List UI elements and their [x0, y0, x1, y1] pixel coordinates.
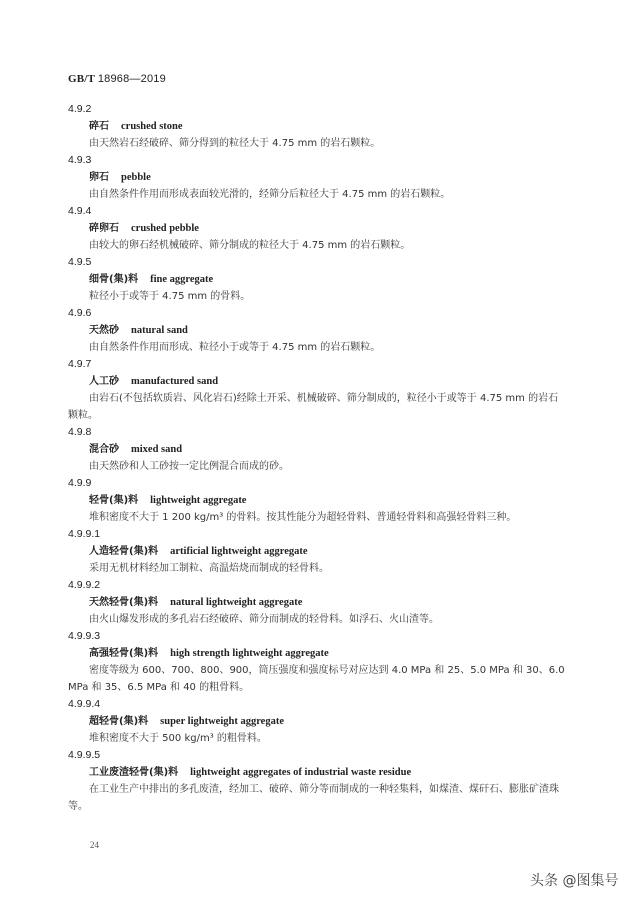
term-zh: 天然轻骨(集)料 — [89, 597, 158, 608]
section-number: 4.9.9.4 — [68, 696, 568, 713]
section-number: 4.9.9.3 — [68, 628, 568, 645]
section-number: 4.9.2 — [68, 101, 568, 118]
term-definition: 粒径小于或等于 4.75 mm 的骨料。 — [68, 288, 568, 305]
term-en: natural lightweight aggregate — [170, 597, 302, 608]
term-en: natural sand — [131, 325, 188, 336]
term-definition: 由火山爆发形成的多孔岩石经破碎、筛分而制成的轻骨料。如浮石、火山渣等。 — [68, 611, 568, 628]
term-entry: 4.9.8 混合砂mixed sand 由天然砂和人工砂按一定比例混合而成的砂。 — [68, 424, 568, 475]
term-en: pebble — [121, 172, 151, 183]
term-definition: 由天然岩石经破碎、筛分得到的粒径大于 4.75 mm 的岩石颗粒。 — [68, 135, 568, 152]
section-number: 4.9.8 — [68, 424, 568, 441]
term-title: 混合砂mixed sand — [68, 441, 568, 458]
term-title: 轻骨(集)料lightweight aggregate — [68, 492, 568, 509]
standard-number: 18968—2019 — [98, 73, 166, 85]
section-number: 4.9.9 — [68, 475, 568, 492]
section-number: 4.9.9.5 — [68, 747, 568, 764]
term-title: 碎石crushed stone — [68, 118, 568, 135]
term-zh: 人工砂 — [89, 376, 119, 387]
term-en: manufactured sand — [131, 376, 218, 387]
term-entry: 4.9.2 碎石crushed stone 由天然岩石经破碎、筛分得到的粒径大于… — [68, 101, 568, 152]
term-title: 天然砂natural sand — [68, 322, 568, 339]
term-title: 人工砂manufactured sand — [68, 373, 568, 390]
term-definition: 由自然条件作用而形成表面较光滑的，经筛分后粒径大于 4.75 mm 的岩石颗粒。 — [68, 186, 568, 203]
term-zh: 碎卵石 — [89, 223, 119, 234]
term-definition: 由岩石(不包括软质岩、风化岩石)经除土开采、机械破碎、筛分制成的，粒径小于或等于… — [68, 390, 568, 424]
section-number: 4.9.5 — [68, 254, 568, 271]
terms-list: 4.9.2 碎石crushed stone 由天然岩石经破碎、筛分得到的粒径大于… — [68, 101, 568, 815]
term-entry: 4.9.9.4 超轻骨(集)料super lightweight aggrega… — [68, 696, 568, 747]
term-en: lightweight aggregate — [150, 495, 246, 506]
term-en: artificial lightweight aggregate — [170, 546, 307, 557]
term-title: 高强轻骨(集)料high strength lightweight aggreg… — [68, 645, 568, 662]
term-entry: 4.9.9.2 天然轻骨(集)料natural lightweight aggr… — [68, 577, 568, 628]
term-entry: 4.9.9.1 人造轻骨(集)料artificial lightweight a… — [68, 526, 568, 577]
term-en: fine aggregate — [150, 274, 213, 285]
term-entry: 4.9.6 天然砂natural sand 由自然条件作用而形成、粒径小于或等于… — [68, 305, 568, 356]
term-zh: 混合砂 — [89, 444, 119, 455]
term-en: super lightweight aggregate — [160, 716, 284, 727]
term-zh: 轻骨(集)料 — [89, 495, 138, 506]
page-number: 24 — [90, 840, 99, 850]
term-definition: 由天然砂和人工砂按一定比例混合而成的砂。 — [68, 458, 568, 475]
term-zh: 细骨(集)料 — [89, 274, 138, 285]
term-entry: 4.9.7 人工砂manufactured sand 由岩石(不包括软质岩、风化… — [68, 356, 568, 424]
term-definition: 堆积密度不大于 1 200 kg/m³ 的骨料。按其性能分为超轻骨料、普通轻骨料… — [68, 509, 568, 526]
term-definition: 在工业生产中排出的多孔废渣，经加工、破碎、筛分等而制成的一种轻集料，如煤渣、煤矸… — [68, 781, 568, 815]
section-number: 4.9.6 — [68, 305, 568, 322]
term-zh: 卵石 — [89, 172, 109, 183]
section-number: 4.9.3 — [68, 152, 568, 169]
watermark: 头条 @图集号 — [530, 870, 618, 890]
section-number: 4.9.9.1 — [68, 526, 568, 543]
term-definition: 由自然条件作用而形成、粒径小于或等于 4.75 mm 的岩石颗粒。 — [68, 339, 568, 356]
term-zh: 高强轻骨(集)料 — [89, 648, 158, 659]
term-zh: 天然砂 — [89, 325, 119, 336]
term-definition: 密度等级为 600、700、800、900，筒压强度和强度标号对应达到 4.0 … — [68, 662, 568, 696]
term-en: high strength lightweight aggregate — [170, 648, 329, 659]
section-number: 4.9.4 — [68, 203, 568, 220]
term-zh: 人造轻骨(集)料 — [89, 546, 158, 557]
term-definition: 采用无机材料经加工制粒、高温焙烧而制成的轻骨料。 — [68, 560, 568, 577]
document-page: GB/T 18968—2019 4.9.2 碎石crushed stone 由天… — [0, 0, 640, 905]
term-entry: 4.9.3 卵石pebble 由自然条件作用而形成表面较光滑的，经筛分后粒径大于… — [68, 152, 568, 203]
term-title: 细骨(集)料fine aggregate — [68, 271, 568, 288]
term-en: mixed sand — [131, 444, 182, 455]
term-en: crushed stone — [121, 121, 183, 132]
term-zh: 工业废渣轻骨(集)料 — [89, 767, 178, 778]
term-definition: 堆积密度不大于 500 kg/m³ 的粗骨料。 — [68, 730, 568, 747]
term-definition: 由较大的卵石经机械破碎、筛分制成的粒径大于 4.75 mm 的岩石颗粒。 — [68, 237, 568, 254]
standard-code: GB/T — [68, 73, 95, 85]
term-en: lightweight aggregates of industrial was… — [190, 767, 411, 778]
term-title: 人造轻骨(集)料artificial lightweight aggregate — [68, 543, 568, 560]
term-title: 超轻骨(集)料super lightweight aggregate — [68, 713, 568, 730]
term-title: 碎卵石crushed pebble — [68, 220, 568, 237]
term-title: 卵石pebble — [68, 169, 568, 186]
term-entry: 4.9.5 细骨(集)料fine aggregate 粒径小于或等于 4.75 … — [68, 254, 568, 305]
term-title: 天然轻骨(集)料natural lightweight aggregate — [68, 594, 568, 611]
term-entry: 4.9.4 碎卵石crushed pebble 由较大的卵石经机械破碎、筛分制成… — [68, 203, 568, 254]
section-number: 4.9.7 — [68, 356, 568, 373]
term-zh: 碎石 — [89, 121, 109, 132]
term-en: crushed pebble — [131, 223, 199, 234]
term-zh: 超轻骨(集)料 — [89, 716, 148, 727]
section-number: 4.9.9.2 — [68, 577, 568, 594]
term-entry: 4.9.9.5 工业废渣轻骨(集)料lightweight aggregates… — [68, 747, 568, 815]
term-entry: 4.9.9.3 高强轻骨(集)料high strength lightweigh… — [68, 628, 568, 696]
term-title: 工业废渣轻骨(集)料lightweight aggregates of indu… — [68, 764, 568, 781]
standard-header: GB/T 18968—2019 — [68, 73, 166, 85]
term-entry: 4.9.9 轻骨(集)料lightweight aggregate 堆积密度不大… — [68, 475, 568, 526]
